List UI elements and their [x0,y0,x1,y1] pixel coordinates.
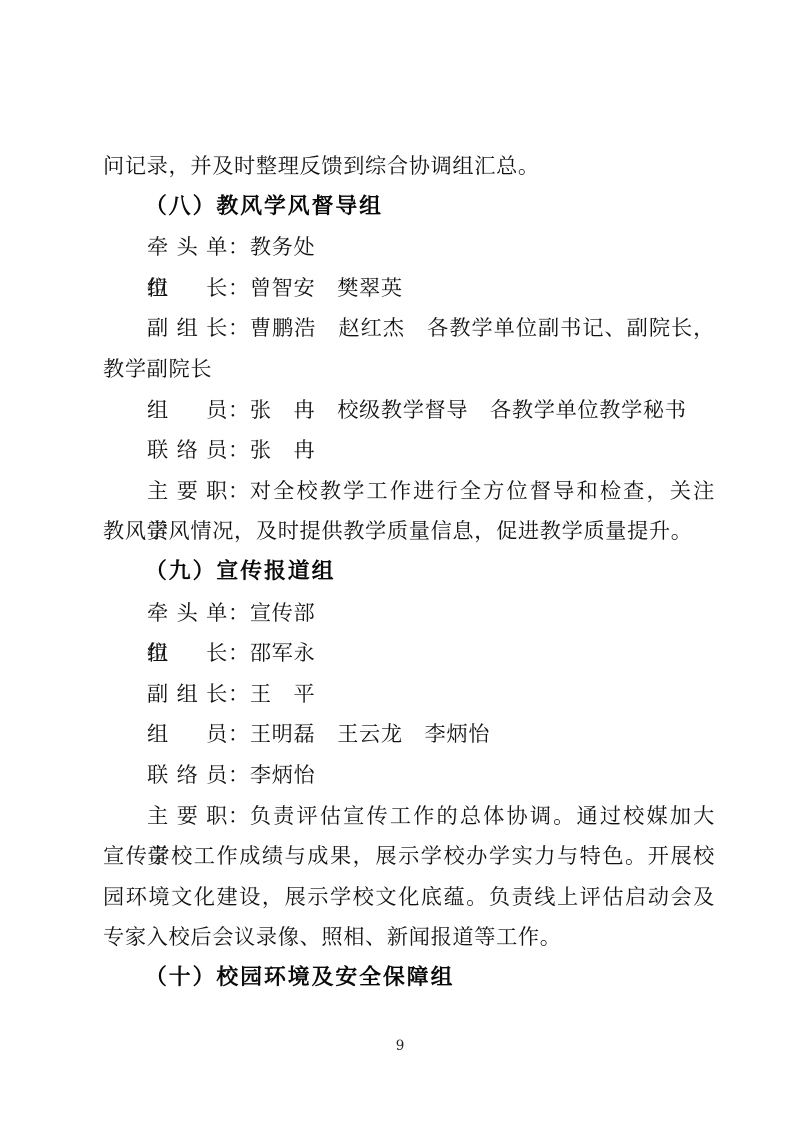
field-colon: ： [228,714,250,755]
field-line-group-leader-9: 组 长 ： 邵军永 [103,633,715,674]
field-colon: ： [228,390,250,431]
field-colon: ： [228,430,250,471]
body-text: 教风学风情况，及时提供教学质量信息，促进教学质量提升。 [103,518,693,543]
body-text: 问记录，并及时整理反馈到综合协调组汇总。 [103,153,540,178]
field-colon: ： [228,593,250,634]
field-line-members-9: 组 员 ： 王明磊 王云龙 李炳怡 [103,714,715,755]
field-value: 曹鹏浩 赵红杰 各教学单位副书记、副院长， [250,308,715,349]
field-value-wrap-line: 教风学风情况，及时提供教学质量信息，促进教学质量提升。 [103,511,715,552]
section-heading-10: （十）校园环境及安全保障组 [103,958,715,999]
section-heading-text: （九）宣传报道组 [145,559,335,584]
field-line-group-leader-8: 组 长 ： 曾智安 樊翠英 [103,268,715,309]
field-value: 王 平 [250,674,316,715]
body-text: 教学副院长 [103,356,212,381]
body-text: 宣传学校工作成绩与成果，展示学校办学实力与特色。开展校 [103,843,715,868]
field-line-lead-unit-9: 牵头单位 ： 宣传部 [103,593,715,634]
field-colon: ： [228,796,250,837]
field-value-wrap-line: 专家入校后会议录像、照相、新闻报道等工作。 [103,917,715,958]
field-colon: ： [228,308,250,349]
field-value: 对全校教学工作进行全方位督导和检查，关注 [250,471,715,512]
field-label: 牵头单位 [147,227,228,268]
field-label: 联络员 [147,755,228,796]
field-line-duties-9: 主要职责 ： 负责评估宣传工作的总体协调。通过校媒加大 [103,796,715,837]
section-heading-text: （十）校园环境及安全保障组 [145,965,454,990]
field-line-deputy-leader-8: 副组长 ： 曹鹏浩 赵红杰 各教学单位副书记、副院长， [103,308,715,349]
field-label: 牵头单位 [147,593,228,634]
body-text: 园环境文化建设，展示学校文化底蕴。负责线上评估启动会及 [103,884,715,909]
field-value: 邵军永 [250,633,316,674]
field-value: 曾智安 樊翠英 [250,268,403,309]
field-colon: ： [228,674,250,715]
section-heading-8: （八）教风学风督导组 [103,187,715,228]
field-line-members-8: 组 员 ： 张 冉 校级教学督导 各教学单位教学秘书 [103,390,715,431]
field-value-wrap-line: 教学副院长 [103,349,715,390]
field-line-lead-unit-8: 牵头单位 ： 教务处 [103,227,715,268]
page-body-text: 问记录，并及时整理反馈到综合协调组汇总。 （八）教风学风督导组 牵头单位 ： 教… [103,146,715,998]
paragraph-continuation-line: 问记录，并及时整理反馈到综合协调组汇总。 [103,146,715,187]
field-value: 张 冉 校级教学督导 各教学单位教学秘书 [250,390,687,431]
page-number: 9 [396,1038,405,1054]
section-heading-text: （八）教风学风督导组 [145,194,383,219]
body-text: 专家入校后会议录像、照相、新闻报道等工作。 [103,924,562,949]
field-line-liaison-8: 联络员 ： 张 冉 [103,430,715,471]
field-label: 主要职责 [147,471,228,512]
field-value-wrap-line: 园环境文化建设，展示学校文化底蕴。负责线上评估启动会及 [103,877,715,918]
field-value: 宣传部 [250,593,316,634]
field-line-deputy-leader-9: 副组长 ： 王 平 [103,674,715,715]
field-label: 副组长 [147,308,228,349]
field-value: 负责评估宣传工作的总体协调。通过校媒加大 [250,796,715,837]
field-line-duties-8: 主要职责 ： 对全校教学工作进行全方位督导和检查，关注 [103,471,715,512]
field-line-liaison-9: 联络员 ： 李炳怡 [103,755,715,796]
document-page: 问记录，并及时整理反馈到综合协调组汇总。 （八）教风学风督导组 牵头单位 ： 教… [0,0,800,1131]
field-label: 副组长 [147,674,228,715]
field-label: 联络员 [147,430,228,471]
field-colon: ： [228,471,250,512]
field-label: 组 长 [147,268,228,309]
field-colon: ： [228,633,250,674]
field-colon: ： [228,227,250,268]
field-colon: ： [228,755,250,796]
field-colon: ： [228,268,250,309]
field-label: 主要职责 [147,796,228,837]
field-label: 组 员 [147,390,228,431]
field-value: 李炳怡 [250,755,316,796]
field-value: 王明磊 王云龙 李炳怡 [250,714,490,755]
field-value-wrap-line: 宣传学校工作成绩与成果，展示学校办学实力与特色。开展校 [103,836,715,877]
section-heading-9: （九）宣传报道组 [103,552,715,593]
field-label: 组 长 [147,633,228,674]
field-value: 教务处 [250,227,316,268]
field-label: 组 员 [147,714,228,755]
page-footer: 9 [0,1038,800,1054]
field-value: 张 冉 [250,430,316,471]
